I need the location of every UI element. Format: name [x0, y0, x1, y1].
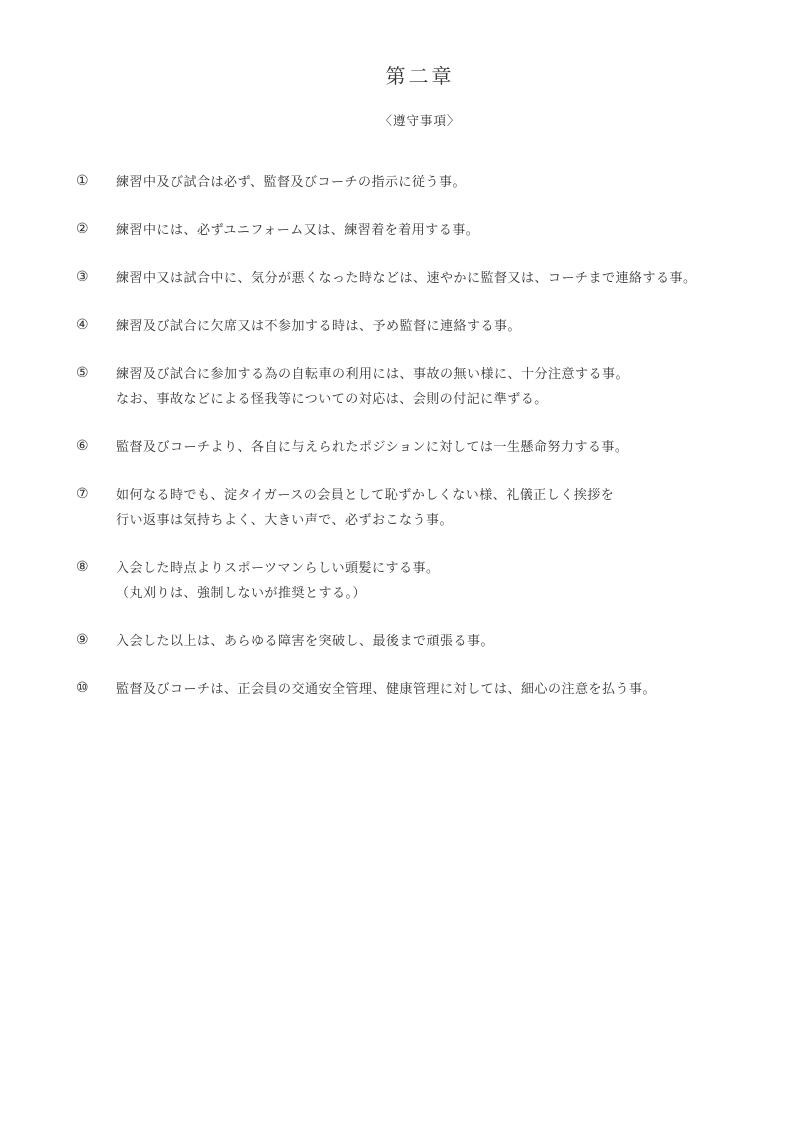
- rule-line: なお、事故などによる怪我等についての対応は、会則の付記に準ずる。: [116, 386, 772, 411]
- rule-line: 入会した時点よりスポーツマンらしい頭髪にする事。: [116, 555, 772, 580]
- rule-number: ⑩: [76, 676, 116, 701]
- rule-text: 練習中又は試合中に、気分が悪くなった時などは、速やかに監督又は、コーチまで連絡す…: [116, 265, 772, 290]
- rule-line: 練習中及び試合は必ず、監督及びコーチの指示に従う事。: [116, 169, 772, 194]
- rule-item-4: ④ 練習及び試合に欠席又は不参加する時は、予め監督に連絡する事。: [76, 313, 772, 338]
- rule-item-2: ② 練習中には、必ずユニフォーム又は、練習着を着用する事。: [76, 217, 772, 242]
- rule-text: 監督及びコーチより、各自に与えられたポジションに対しては一生懸命努力する事。: [116, 434, 772, 459]
- rule-text: 練習及び試合に欠席又は不参加する時は、予め監督に連絡する事。: [116, 313, 772, 338]
- rule-item-7: ⑦ 如何なる時でも、淀タイガースの会員として恥ずかしくない様、礼儀正しく挨拶を …: [76, 482, 772, 532]
- rule-number: ③: [76, 265, 116, 290]
- rule-item-6: ⑥ 監督及びコーチより、各自に与えられたポジションに対しては一生懸命努力する事。: [76, 434, 772, 459]
- rule-line: 監督及びコーチは、正会員の交通安全管理、健康管理に対しては、細心の注意を払う事。: [116, 676, 772, 701]
- rule-text: 練習中及び試合は必ず、監督及びコーチの指示に従う事。: [116, 169, 772, 194]
- rule-line: 入会した以上は、あらゆる障害を突破し、最後まで頑張る事。: [116, 628, 772, 653]
- rule-item-8: ⑧ 入会した時点よりスポーツマンらしい頭髪にする事。 （丸刈りは、強制しないが推…: [76, 555, 772, 605]
- rule-item-5: ⑤ 練習及び試合に参加する為の自転車の利用には、事故の無い様に、十分注意する事。…: [76, 361, 772, 411]
- rule-item-9: ⑨ 入会した以上は、あらゆる障害を突破し、最後まで頑張る事。: [76, 628, 772, 653]
- rule-line: 練習中又は試合中に、気分が悪くなった時などは、速やかに監督又は、コーチまで連絡す…: [116, 265, 772, 290]
- rule-item-1: ① 練習中及び試合は必ず、監督及びコーチの指示に従う事。: [76, 169, 772, 194]
- rule-line: 如何なる時でも、淀タイガースの会員として恥ずかしくない様、礼儀正しく挨拶を: [116, 482, 772, 507]
- rule-text: 練習及び試合に参加する為の自転車の利用には、事故の無い様に、十分注意する事。 な…: [116, 361, 772, 411]
- rule-number: ④: [76, 313, 116, 338]
- rule-item-3: ③ 練習中又は試合中に、気分が悪くなった時などは、速やかに監督又は、コーチまで連…: [76, 265, 772, 290]
- document-page: 第二章 〈遵守事項〉 ① 練習中及び試合は必ず、監督及びコーチの指示に従う事。 …: [0, 0, 800, 1132]
- rule-text: 入会した以上は、あらゆる障害を突破し、最後まで頑張る事。: [116, 628, 772, 653]
- chapter-title: 第二章: [0, 60, 800, 89]
- rule-line: 行い返事は気持ちよく、大きい声で、必ずおこなう事。: [116, 507, 772, 532]
- rules-list: ① 練習中及び試合は必ず、監督及びコーチの指示に従う事。 ② 練習中には、必ずユ…: [0, 169, 800, 701]
- rule-line: 監督及びコーチより、各自に与えられたポジションに対しては一生懸命努力する事。: [116, 434, 772, 459]
- rule-line: 練習及び試合に欠席又は不参加する時は、予め監督に連絡する事。: [116, 313, 772, 338]
- section-subtitle: 〈遵守事項〉: [0, 111, 800, 129]
- rule-number: ⑦: [76, 482, 116, 507]
- rule-line: （丸刈りは、強制しないが推奨とする。）: [116, 580, 772, 605]
- rule-text: 如何なる時でも、淀タイガースの会員として恥ずかしくない様、礼儀正しく挨拶を 行い…: [116, 482, 772, 532]
- rule-number: ①: [76, 169, 116, 194]
- rule-text: 監督及びコーチは、正会員の交通安全管理、健康管理に対しては、細心の注意を払う事。: [116, 676, 772, 701]
- rule-number: ⑧: [76, 555, 116, 580]
- rule-number: ⑨: [76, 628, 116, 653]
- rule-line: 練習及び試合に参加する為の自転車の利用には、事故の無い様に、十分注意する事。: [116, 361, 772, 386]
- rule-number: ②: [76, 217, 116, 242]
- rule-item-10: ⑩ 監督及びコーチは、正会員の交通安全管理、健康管理に対しては、細心の注意を払う…: [76, 676, 772, 701]
- rule-text: 練習中には、必ずユニフォーム又は、練習着を着用する事。: [116, 217, 772, 242]
- rule-text: 入会した時点よりスポーツマンらしい頭髪にする事。 （丸刈りは、強制しないが推奨と…: [116, 555, 772, 605]
- rule-line: 練習中には、必ずユニフォーム又は、練習着を着用する事。: [116, 217, 772, 242]
- rule-number: ⑥: [76, 434, 116, 459]
- rule-number: ⑤: [76, 361, 116, 386]
